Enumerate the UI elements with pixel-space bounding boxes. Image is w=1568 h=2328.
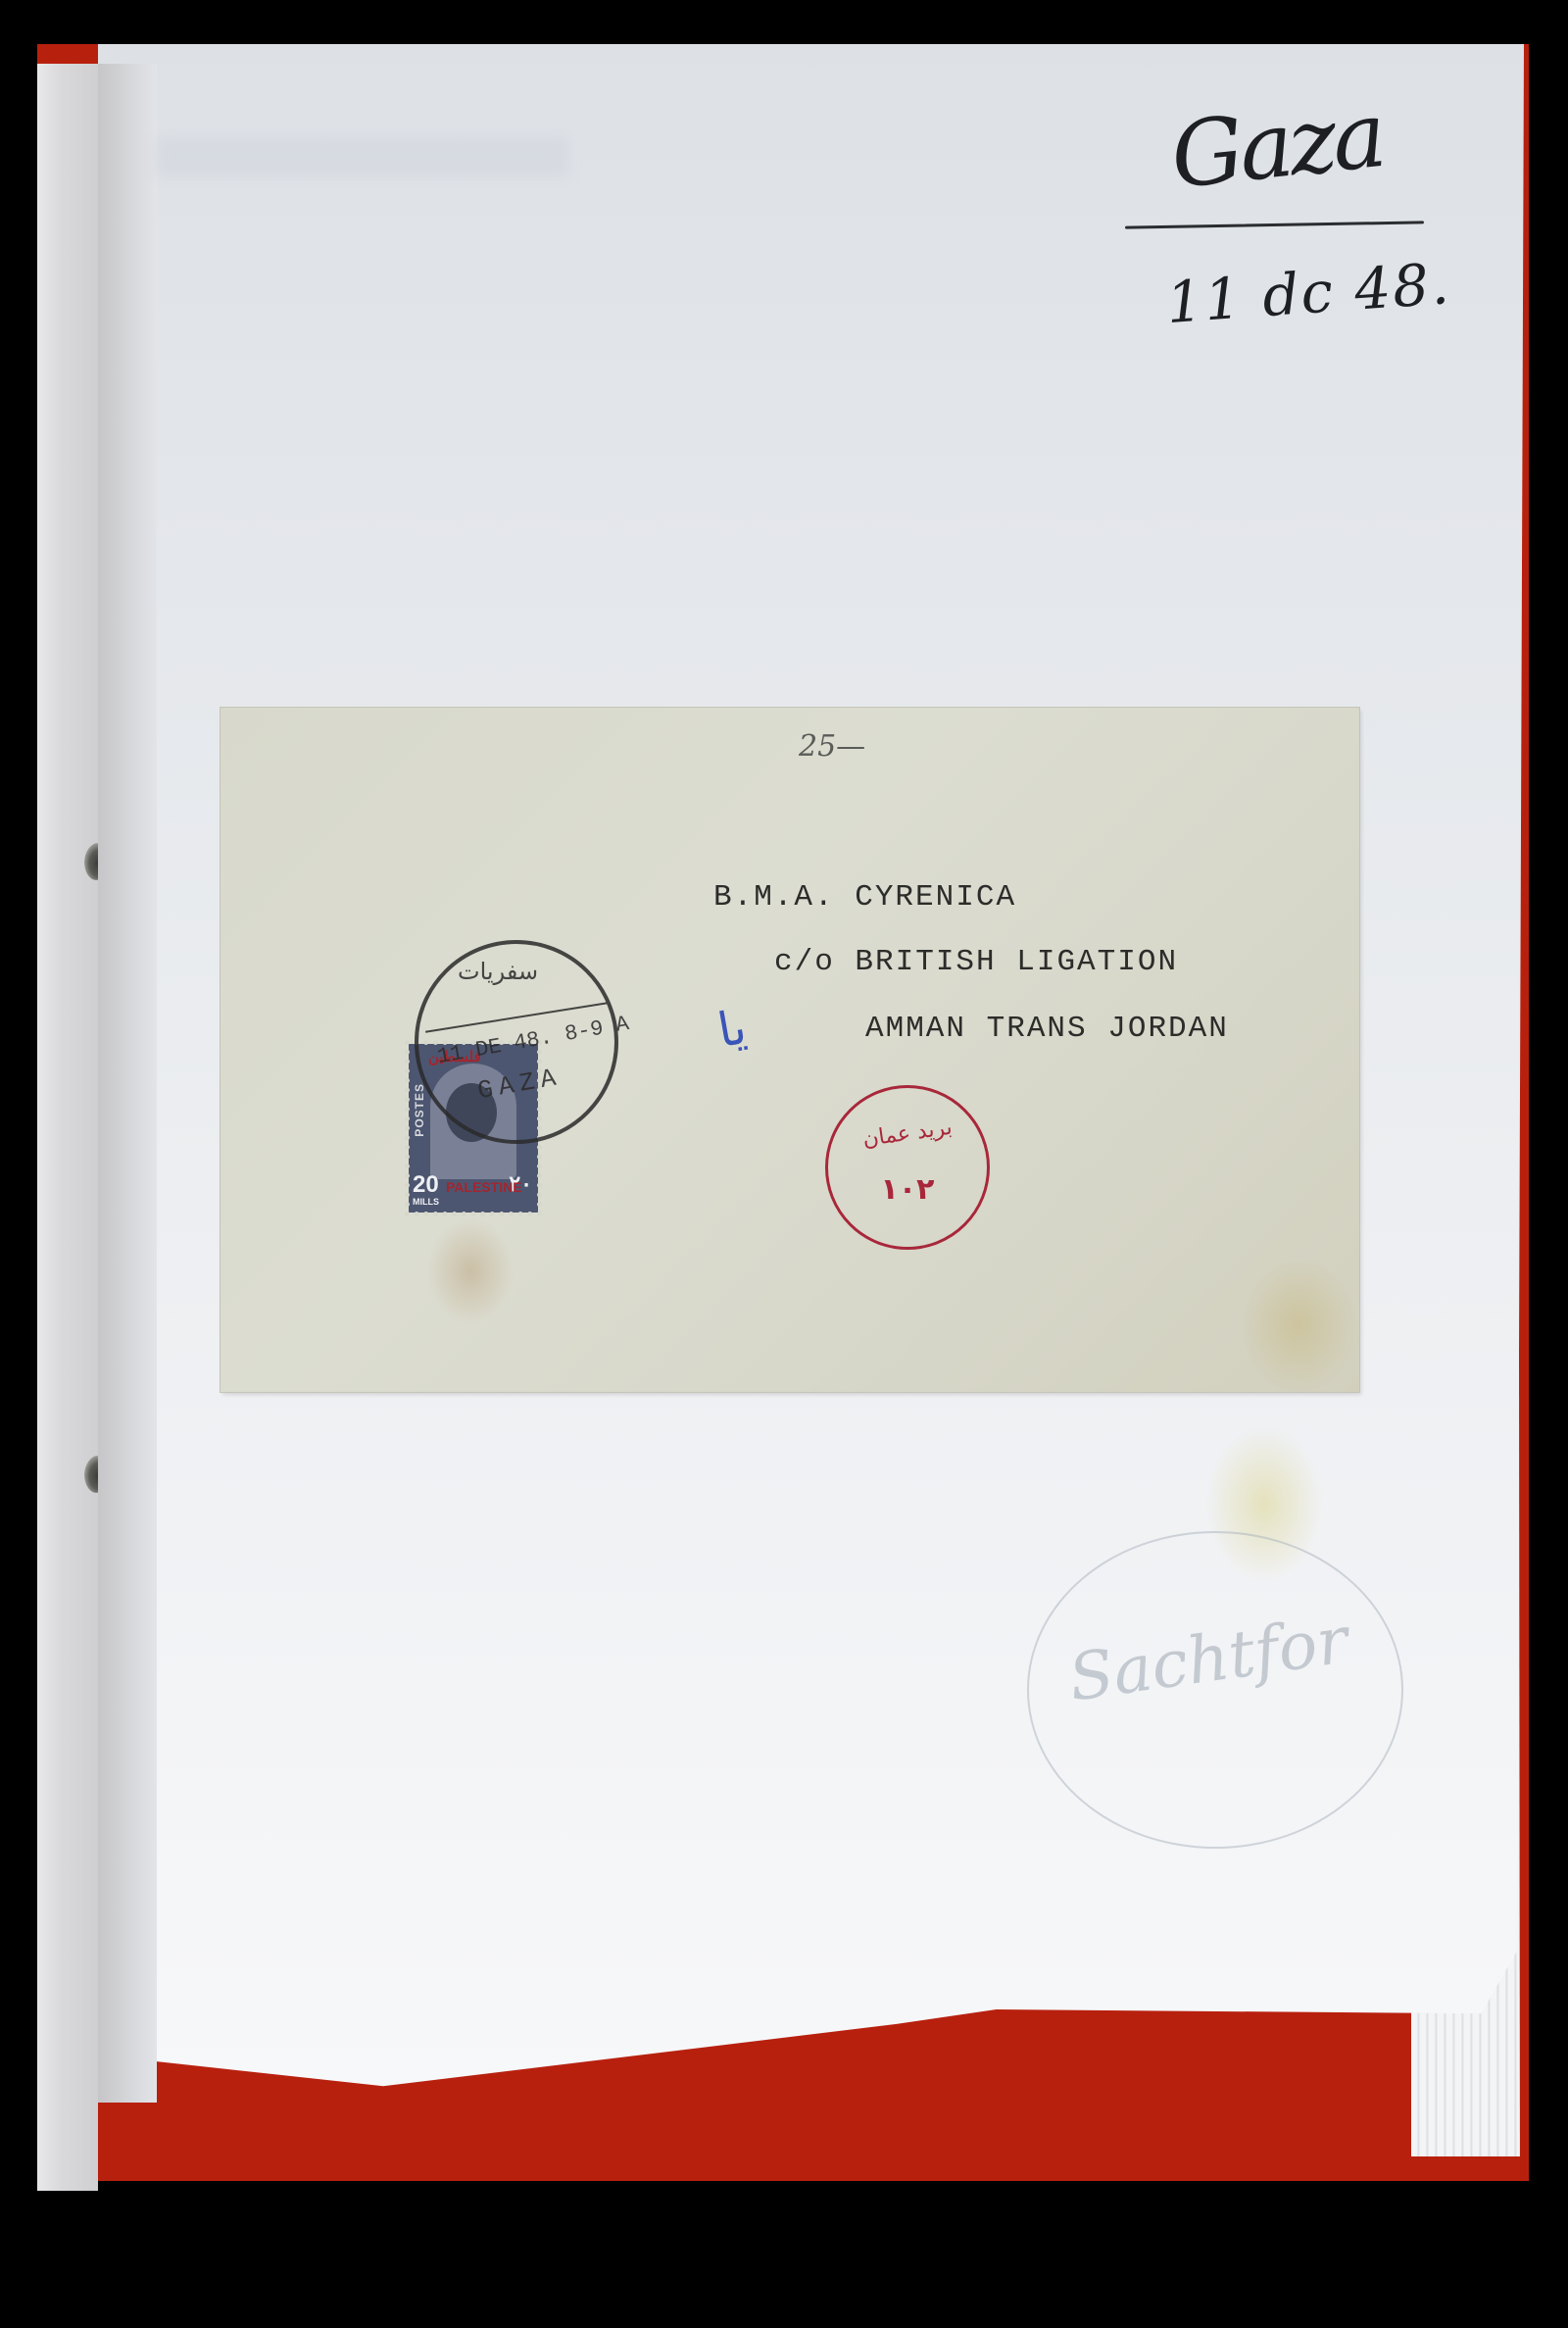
stamp-side-text: POSTES: [413, 1083, 426, 1137]
certificate-mark: Sachtfor: [1027, 1531, 1403, 1849]
stamp-value: 20: [413, 1171, 439, 1199]
postmark-date: 11 DE 48. 8-9 A: [435, 1012, 630, 1069]
seal-number: ١٠٢: [828, 1172, 987, 1207]
page-gutter-shadow: [98, 64, 157, 2103]
address-line-2: c/o BRITISH LIGATION: [774, 945, 1178, 979]
address-line-3: AMMAN TRANS JORDAN: [865, 1012, 1229, 1046]
blue-ink-annotation: يا: [713, 1000, 750, 1059]
certificate-signature: Sachtfor: [1064, 1602, 1352, 1715]
faint-offset-text: [157, 137, 568, 176]
postmark-town: GAZA: [475, 1063, 563, 1107]
red-receiving-seal: بريد عمان ١٠٢: [825, 1085, 990, 1250]
handwritten-place: Gaza: [1166, 82, 1388, 209]
postal-cover[interactable]: 25— B.M.A. CYRENICA c/o BRITISH LIGATION…: [220, 708, 1359, 1392]
binder-strip: [37, 64, 98, 2191]
address-line-1: B.M.A. CYRENICA: [713, 880, 1016, 915]
stamp-overprint-bottom: PALESTINE: [446, 1179, 522, 1195]
seal-arabic-text: بريد عمان: [841, 1113, 974, 1155]
stamp-unit: MILLS: [413, 1197, 439, 1207]
stain: [426, 1217, 514, 1325]
postmark-arabic: سفريات: [458, 958, 538, 985]
pencil-price-note: 25—: [799, 729, 865, 764]
stain: [1240, 1257, 1357, 1394]
postmark-cancel: سفريات 11 DE 48. 8-9 A GAZA: [415, 940, 618, 1144]
